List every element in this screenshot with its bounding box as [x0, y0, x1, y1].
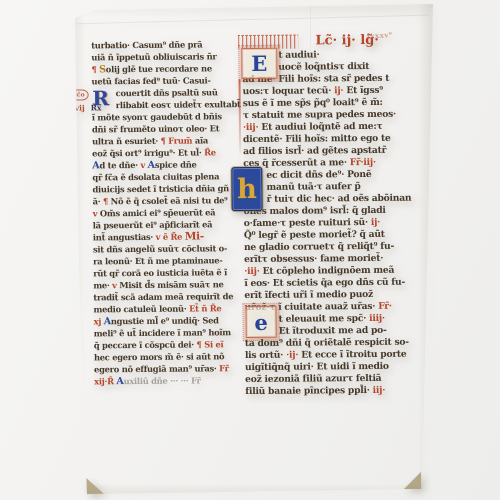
text-segment-ink: diuicijs sedet ĩ tristicia dñia gñ — [92, 183, 229, 194]
text-segment-ink: rlibabit eosτ uidet̃τ exultabt̃ — [116, 99, 241, 110]
text-segment-ink: lis ortũ· — [245, 350, 286, 361]
text-segment-ink: r̃ tuiτ dic hec· ad oẽs abõinan — [267, 193, 412, 205]
text-segment-ink: egero nõ effugiã man⁹ ur̃as· — [94, 363, 219, 374]
text-segment-blue: A — [148, 160, 155, 171]
text-segment-ink: ones malos dom⁹ isrl̃: q̃ gladi — [244, 205, 386, 217]
text-segment-red: ·iij· — [243, 122, 262, 133]
text-segment-ink: uos:τ loquar tecũ· — [243, 85, 335, 97]
text-segment-red: Fr̃·iij· — [350, 157, 376, 168]
text-segment-ink: erĩtτ obsessus· fame moriet̃· — [244, 253, 383, 265]
manuscript-text-line: dñi sr̃ frumẽto uinoτ oleo· Et — [92, 122, 232, 135]
text-segment-red: R̃e — [204, 147, 216, 157]
text-segment-ink: Et audiui loq̃ntẽ ad me:τ — [261, 121, 382, 133]
margin-numeral: R̃x — [91, 103, 102, 112]
text-segment-ink: Et ecce ĩ ĩtroitu porte — [301, 349, 406, 361]
text-segment-faint: uxiliũ dñe ··· ··· Fr̃ — [124, 375, 201, 386]
illuminated-initials-layer: REheLc̃· ij· lg̃· — [64, 0, 434, 3]
manuscript-text-line: lis ortũ· ·ij· Et ecce ĩ ĩtroitu porte — [245, 349, 421, 363]
text-column-left: turbatio· Casum⁹ dñe prãuiã ñ ĩppetuũ ob… — [91, 38, 234, 387]
manuscript-text-line: eoz̃ q̃si ort⁹ irrigu⁹· Et ul̃· R̃e — [92, 146, 232, 159]
text-segment-red: ¶ — [103, 196, 111, 206]
text-segment-ink: sus ẽ ĩ me sp̃s p̃q⁰ loait⁹ ẽ m̃: — [243, 97, 383, 109]
text-segment-ink: erĩt ĩfecti ur̃i ĩ medio puoz̃ — [244, 289, 373, 301]
text-segment-ink: t eleuauit me spc̃· — [279, 313, 370, 325]
text-segment-ink: dicentẽ· Fili hoĩs: mitto ego te — [243, 133, 391, 145]
text-segment-red: ¶ — [91, 64, 99, 74]
manuscript-leaf: turbatio· Casum⁹ dñe prãuiã ñ ĩppetuũ ob… — [66, 2, 436, 498]
margin-cartouche: lc̃o — [71, 89, 89, 100]
text-segment-ink: meli⁹ ẽ ut̃ incidere ĩ man⁹ hoĩm — [94, 327, 231, 338]
text-column-right: t audiui·uocẽ loq̃ntisτ dixitad me· Fili… — [242, 49, 421, 399]
text-segment-ink: Nõ ẽ q̃ csolet̃ eã nisi tu de⁹ — [111, 195, 228, 206]
text-segment-ink: lã pseuerũt ei⁹ ap̃ficiarĩt eã — [93, 219, 213, 230]
text-segment-ink: aĩa — [192, 135, 208, 145]
text-segment-ink: int̃ angustias· — [93, 232, 156, 243]
text-segment-ink: ne gladio corruetτ q̃ reliq̃t⁹ fu- — [244, 241, 394, 253]
text-segment-ink: ĩ eos· Et scietis q̃a ego dñs cũ fu- — [244, 277, 405, 289]
text-segment-red: v — [112, 280, 119, 290]
text-segment-ink: Om̃s amici ei⁹ sp̃euerũt eã — [100, 207, 215, 218]
text-segment-red: Et̃ ñ R̃e — [189, 303, 221, 313]
margin-numeral: vij — [75, 103, 85, 112]
text-segment-red: xj — [94, 316, 104, 326]
text-segment-ink: ec dicit dñs de⁹· Ponẽ — [266, 169, 371, 181]
manuscript-text-line: ne gladio corruetτ q̃ reliq̃t⁹ fu- — [244, 241, 420, 255]
text-segment-red: ¶ Frum̃ — [161, 136, 193, 146]
manuscript-text-line: τ statuit me supra pedes meos· — [243, 109, 419, 123]
text-segment-red: ·iij· — [244, 266, 263, 277]
text-segment-ink: ultra ñ esuriet· — [92, 136, 161, 147]
manuscript-text-line: r̃ tuiτ dic hec· ad oẽs abõinan — [244, 193, 420, 207]
text-segment-ink: t audiui· — [278, 49, 319, 60]
text-segment-red: xij·R̃ — [94, 376, 116, 386]
text-segment-ink: uocẽ loq̃ntisτ dixit — [278, 61, 369, 73]
text-segment-ink: rũt qr̃ corã eo iusticia iuẽta ẽ ĩ — [93, 267, 227, 278]
text-segment-ink: ngustie ml̃ e⁹ undiq̃· Sed — [111, 315, 219, 326]
text-segment-ink: Misit d̃s misãm suãτ ne — [119, 279, 223, 290]
manuscript-text-line: filiũ banaie pĩncipes ppl̃i· iij· — [245, 385, 421, 399]
text-segment-ink: spice dñe — [155, 159, 197, 169]
text-segment-ink: o·fame·τ peste ruituri sũ· — [244, 217, 371, 229]
marginalia-layer: lc̃ovijR̃xviijixx — [64, 0, 434, 3]
text-segment-ink: manũ tuã·τ aufer p̃ — [266, 181, 360, 193]
penwork-tail-decoration — [239, 79, 242, 153]
margin-numeral: ix — [70, 185, 77, 194]
text-segment-ink: uigĩtiq̃nq̃ uiri· Et uidi ĩ medio — [245, 361, 389, 373]
text-segment-ink: olij glẽ tue recordare ne — [106, 63, 212, 74]
text-segment-ink: Et ĩgss⁹ — [346, 85, 383, 96]
text-segment-ink: ra leonũ· Et ñ me ptaminaue- — [93, 255, 222, 266]
text-segment-red: v ẽ R̃e — [156, 232, 185, 242]
text-segment-red: Fr̃· — [378, 301, 392, 312]
manuscript-text-line: lã pseuerũt ei⁹ ap̃ficiarĩt eã — [93, 218, 233, 231]
manuscript-leaf-wrapper: turbatio· Casum⁹ dñe prãuiã ñ ĩppetuũ ob… — [0, 0, 500, 500]
text-segment-redcap: Mi- — [185, 230, 204, 242]
text-segment-ink: q̃ peccare ĩ cõspcũ dei· — [94, 339, 197, 350]
text-segment-ink: ã· — [93, 196, 103, 206]
text-segment-red: iiij· — [369, 313, 385, 324]
text-segment-ink: dñi sr̃ frumẽto uinoτ oleo· Et — [92, 123, 219, 134]
text-segment-ink: Q̃⁰ legr̃ ẽ peste moriet̃? q̃ aũt — [244, 229, 385, 241]
text-segment-red: ij· — [371, 217, 380, 228]
manuscript-text-line: xij·R̃ Auxiliũ dñe ··· ··· Fr̃ — [94, 374, 234, 387]
text-segment-ink: filiũ banaie pĩncipes ppl̃i· — [245, 385, 372, 397]
text-segment-red: ij· — [334, 85, 346, 96]
text-segment-red: ¶ Si eĩ — [196, 339, 223, 349]
text-segment-ink: ta dom⁹ dñi q̃ oriẽtalẽ respicit so- — [245, 337, 409, 349]
text-segment-ink: Et ĩtroduxit me ad po- — [279, 325, 387, 337]
folio-number: lxxxv⁹ — [367, 30, 393, 41]
text-segment-ink: uiã ñ ĩppetuũ obliuiscaris ñr — [91, 51, 216, 62]
text-segment-ink: me· — [93, 280, 112, 290]
text-segment-ink: d te dñe· — [99, 160, 140, 170]
text-segment-ink: eoz̃ q̃si ort⁹ irrigu⁹· Et ul̃· — [92, 147, 204, 158]
text-segment-red: ·ij· — [286, 350, 301, 361]
text-segment-ink: tradit̃ scã adam meã requirĩt de — [93, 291, 233, 302]
text-segment-ink: turbatio· Casum⁹ dñe prã — [91, 39, 202, 50]
text-segment-ink: hec egero mors m̃ ẽ· si aũt nõ — [94, 351, 224, 362]
initial-h: h — [231, 167, 262, 211]
text-segment-ink: eoz̃ iezoniã filiũ azurτ feltiã — [245, 373, 381, 385]
manuscript-text-line: ĩ eos· Et scietis q̃a ego dñs cũ fu- — [244, 277, 420, 291]
initial-E: E — [241, 48, 277, 79]
text-segment-ink: qr̃ fc̃a ẽ dsolata ciuitas plena — [92, 171, 219, 182]
initial-e: e — [245, 306, 276, 338]
margin-numeral: viij — [65, 173, 78, 182]
manuscript-text-line: egero nõ effugiã man⁹ ur̃as· Fr̃ — [94, 362, 234, 375]
text-segment-ink: ĩ mõte syonτ gaudebũt d bñis — [92, 111, 222, 122]
leaf-content: turbatio· Casum⁹ dñe prãuiã ñ ĩppetuũ ob… — [64, 0, 438, 499]
text-segment-ink: medio catuleũ leonũ· — [93, 304, 189, 315]
margin-numeral: x — [68, 244, 73, 253]
text-segment-ink: ad filios isrl̃· ad gẽtes apstatr̃ — [243, 145, 386, 157]
text-segment-red: Fr̃ — [219, 363, 229, 373]
text-segment-red: iij· — [373, 385, 386, 396]
text-segment-ink: Et cõpleho indignõem meã — [263, 265, 395, 277]
text-segment-ink: τ statuit me supra pedes meos· — [243, 109, 396, 121]
text-segment-ink: sit dñs angelũ suũτ cõclusit o- — [93, 243, 227, 254]
text-segment-ink: couertit dñs psaltũ suũ — [116, 87, 218, 98]
